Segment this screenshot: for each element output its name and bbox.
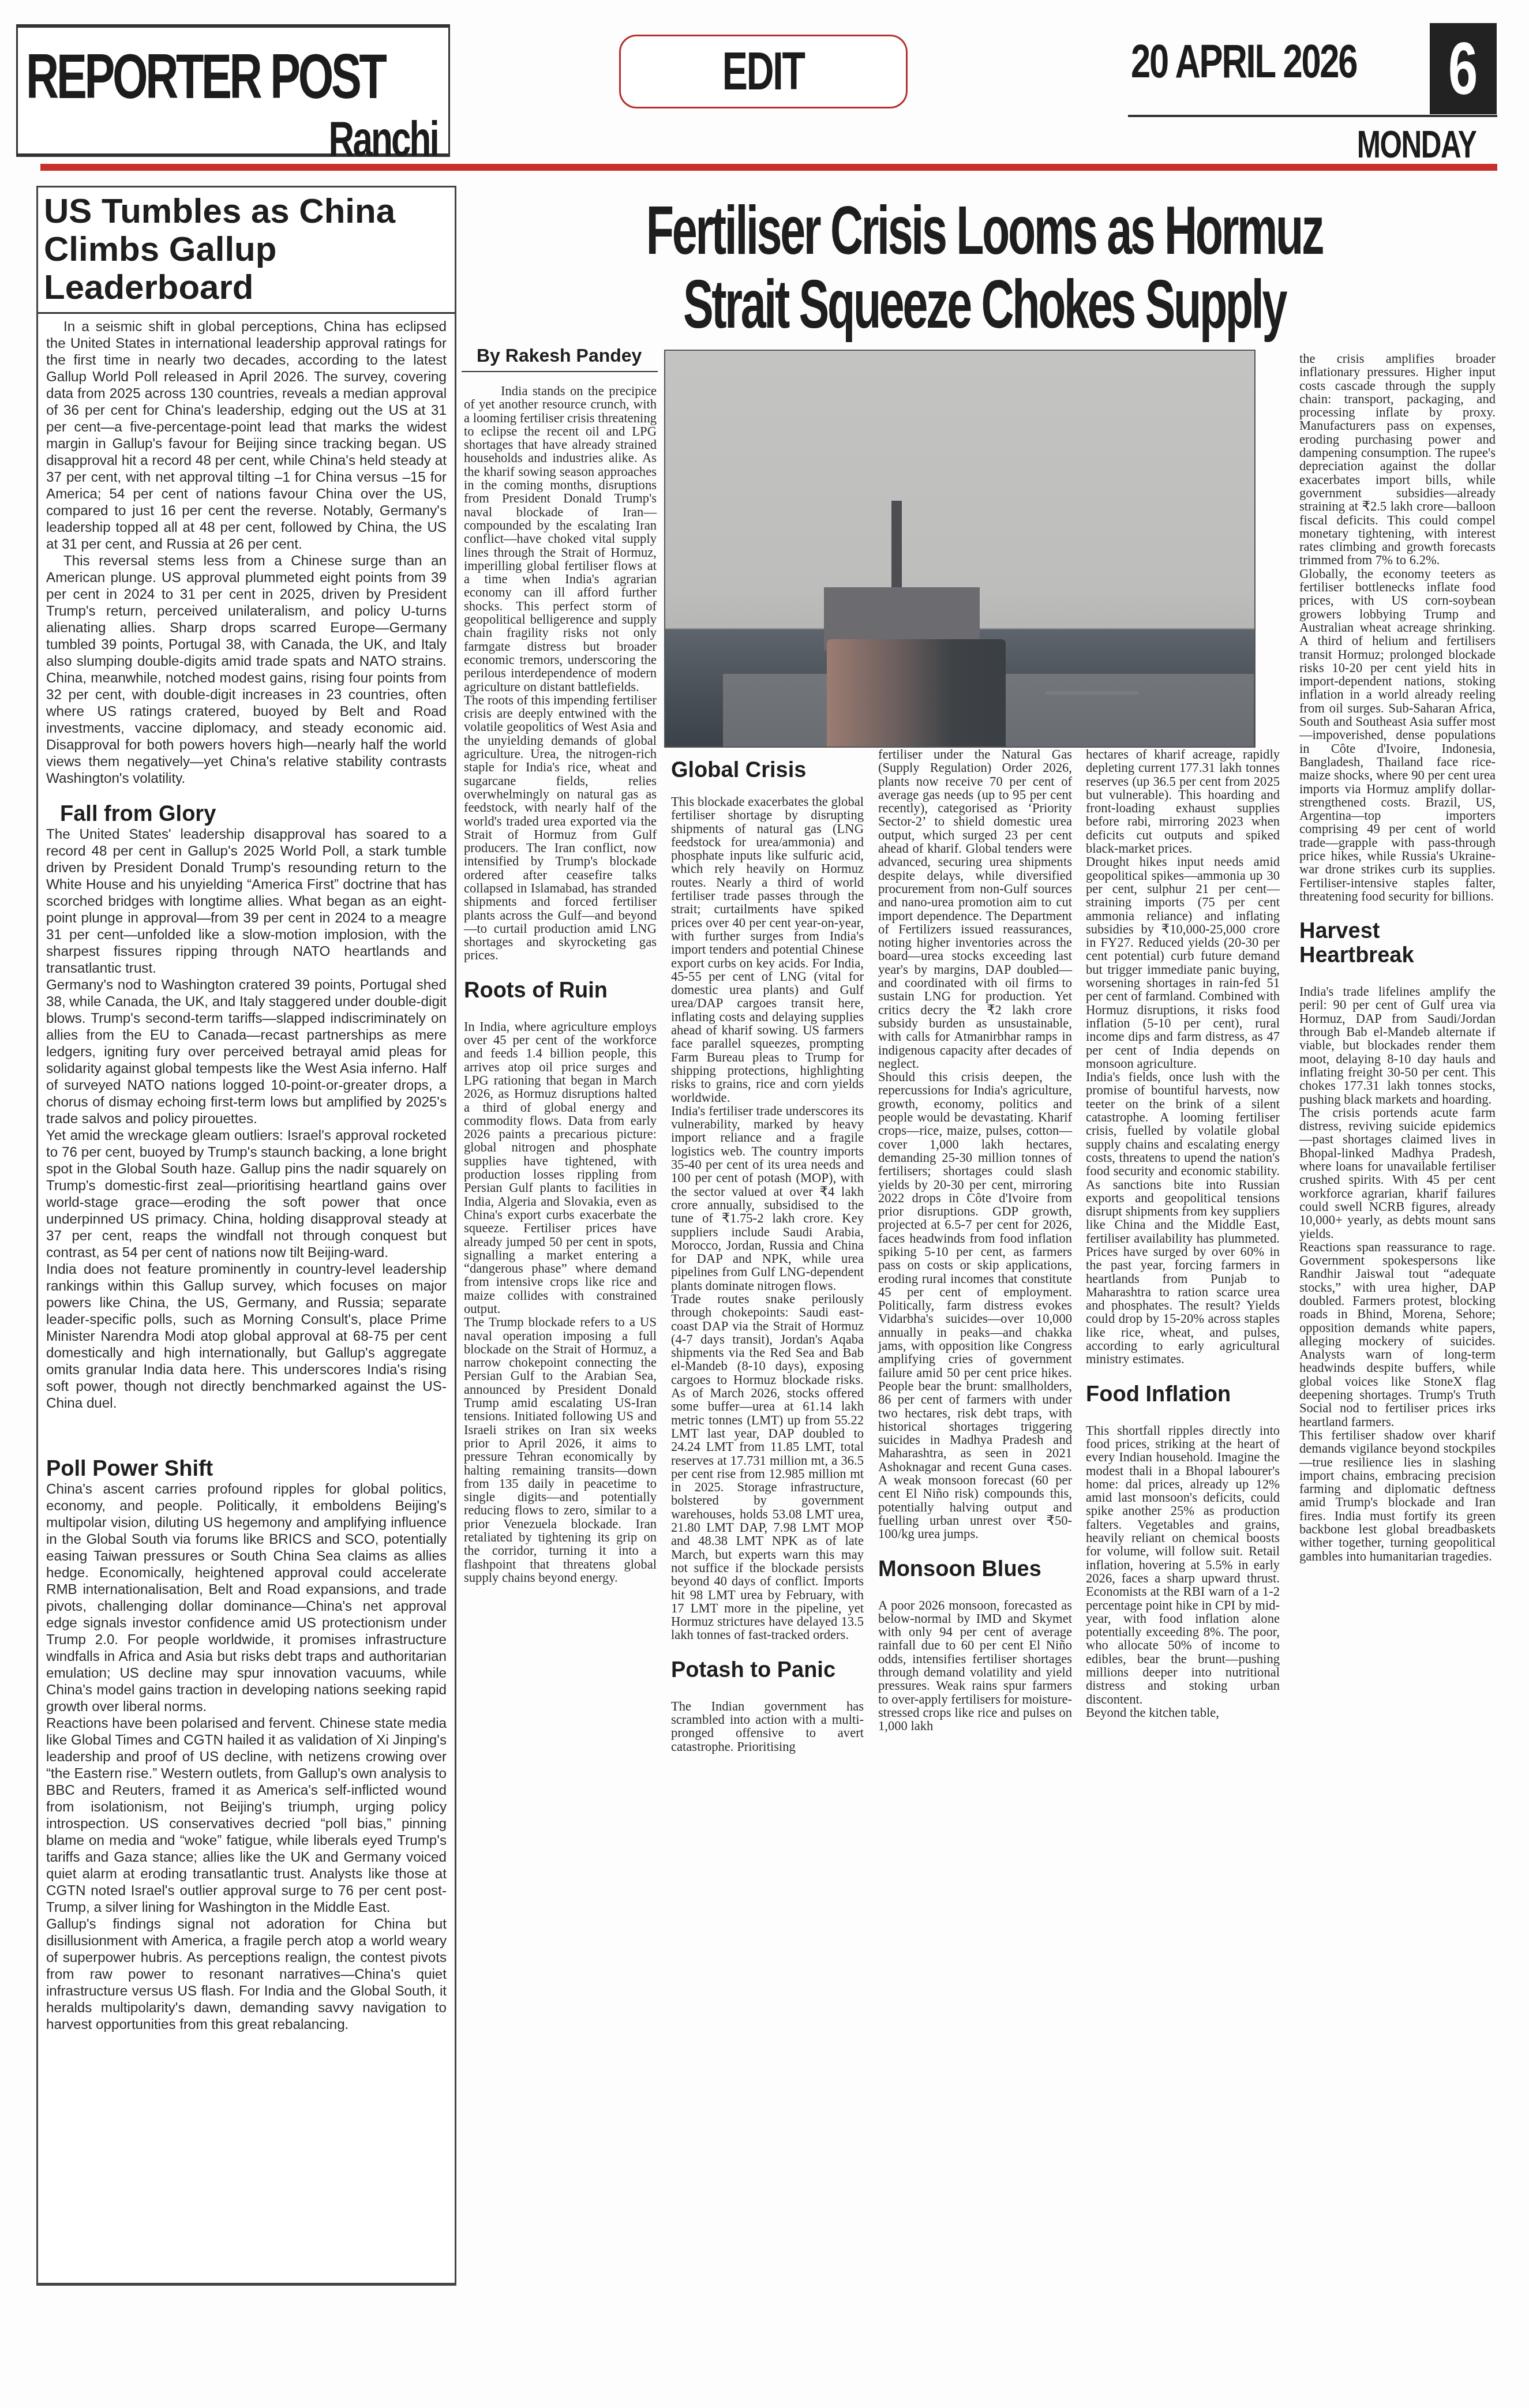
paragraph: Trade routes snake perilously through ch… [671, 1292, 864, 1642]
paragraph: Globally, the economy teeters as fertili… [1299, 567, 1496, 903]
paragraph: Germany's nod to Washington cratered 39 … [46, 977, 447, 1127]
ship-photo [664, 350, 1256, 748]
paragraph: This reversal stems less from a Chinese … [46, 553, 447, 787]
page-number-box: 6 [1430, 23, 1497, 114]
subheading-potash-to-panic: Potash to Panic [671, 1658, 864, 1682]
paragraph: Reactions have been polarised and ferven… [46, 1715, 447, 1916]
ship-mast [891, 501, 902, 593]
main-column-1: India stands on the precipice of yet ano… [464, 384, 657, 1584]
main-column-4: hectares of kharif acreage, rapidly depl… [1086, 748, 1280, 1719]
header-red-rule [40, 164, 1497, 171]
paragraph: India's fertiliser trade underscores its… [671, 1104, 864, 1292]
byline: By Rakesh Pandey [462, 345, 658, 372]
paragraph: Beyond the kitchen table, [1086, 1706, 1280, 1719]
subheading-global-crisis: Global Crisis [671, 758, 864, 782]
paragraph: The Trump blockade refers to a US naval … [464, 1315, 657, 1584]
issue-date: 20 APRIL 2026 [1131, 35, 1356, 89]
paragraph: In a seismic shift in global perceptions… [46, 318, 447, 553]
paragraph: India does not feature prominently in co… [46, 1261, 447, 1412]
subheading-roots-of-ruin: Roots of Ruin [464, 978, 657, 1003]
paragraph: A poor 2026 monsoon, forecasted as below… [878, 1599, 1072, 1733]
paragraph: Gallup's findings signal not adoration f… [46, 1916, 447, 2033]
paragraph: The crisis portends acute farm distress,… [1299, 1106, 1496, 1240]
main-column-5: the crisis amplifies broader inflationar… [1299, 352, 1496, 1563]
main-headline: Fertiliser Crisis Looms as Hormuz Strait… [465, 194, 1504, 342]
paragraph: This shortfall ripples directly into foo… [1086, 1424, 1280, 1706]
paragraph: Drought hikes input needs amid geopoliti… [1086, 855, 1280, 1070]
paragraph: hectares of kharif acreage, rapidly depl… [1086, 748, 1280, 855]
page-number: 6 [1448, 27, 1478, 111]
subheading-poll-power-shift: Poll Power Shift [46, 1457, 447, 1481]
date-divider [1128, 115, 1497, 117]
paragraph: India stands on the precipice of yet ano… [464, 384, 657, 693]
main-column-3: fertiliser under the Natural Gas (Supply… [878, 748, 1072, 1732]
ship-crane [1046, 691, 1138, 695]
paragraph: the crisis amplifies broader inflationar… [1299, 352, 1496, 567]
edition-city: Ranchi [329, 114, 438, 164]
paragraph: This blockade exacerbates the global fer… [671, 795, 864, 1104]
paragraph: fertiliser under the Natural Gas (Supply… [878, 748, 1072, 1070]
subheading-harvest-heartbreak: Harvest Heartbreak [1299, 919, 1496, 967]
paragraph: Yet amid the wreckage gleam outliers: Is… [46, 1127, 447, 1261]
paragraph: The Indian government has scrambled into… [671, 1700, 864, 1753]
section-label: EDIT [722, 42, 804, 102]
side-article-headline: US Tumbles as China Climbs Gallup Leader… [38, 187, 455, 314]
paragraph: China's ascent carries profound ripples … [46, 1481, 447, 1715]
side-article-body: In a seismic shift in global perceptions… [38, 314, 455, 2033]
paragraph: The United States' leadership disapprova… [46, 826, 447, 977]
paragraph: This fertiliser shadow over kharif deman… [1299, 1428, 1496, 1563]
main-headline-line-2: Strait Squeeze Chokes Supply [636, 268, 1332, 342]
subheading-food-inflation: Food Inflation [1086, 1382, 1280, 1406]
main-column-2: Global Crisis This blockade exacerbates … [671, 748, 864, 1753]
masthead-title: REPORTER POST [26, 45, 325, 108]
subheading-fall-from-glory: Fall from Glory [46, 802, 447, 826]
ship-hull [827, 639, 1006, 748]
subheading-monsoon-blues: Monsoon Blues [878, 1557, 1072, 1581]
paragraph: Reactions span reassurance to rage. Gove… [1299, 1240, 1496, 1428]
issue-weekday: MONDAY [1357, 122, 1476, 166]
side-article-gallup: US Tumbles as China Climbs Gallup Leader… [36, 186, 456, 2286]
paragraph: India's fields, once lush with the promi… [1086, 1070, 1280, 1366]
paragraph: India's trade lifelines amplify the peri… [1299, 985, 1496, 1106]
paragraph: In India, where agriculture employs over… [464, 1020, 657, 1316]
section-label-box: EDIT [619, 35, 908, 108]
main-headline-line-1: Fertiliser Crisis Looms as Hormuz [636, 194, 1332, 268]
paragraph: The roots of this impending fertiliser c… [464, 693, 657, 962]
paragraph: Should this crisis deepen, the repercuss… [878, 1070, 1072, 1540]
masthead-box: REPORTER POST Ranchi [16, 24, 450, 157]
